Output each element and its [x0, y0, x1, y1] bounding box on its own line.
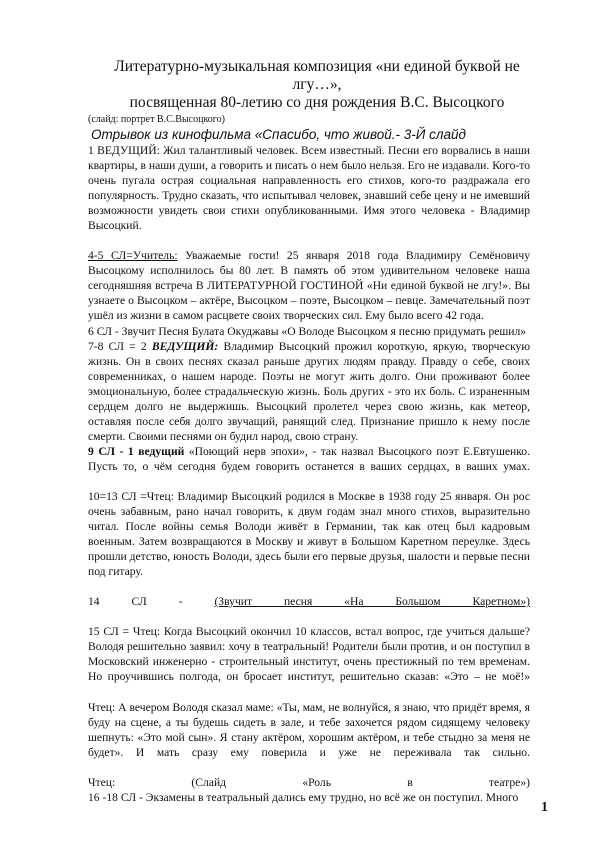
paragraph-6: 10=13 СЛ =Чтец: Владимир Высоцкий родилс…: [88, 489, 530, 579]
paragraph-5: 9 СЛ - 1 ведущий «Поющий нерв эпохи», - …: [88, 444, 530, 474]
paragraph-4: 7-8 СЛ = 2 ВЕДУЩИЙ: Владимир Высоцкий пр…: [88, 339, 530, 444]
song-note: (Звучит песня «На Большом Каретном»): [214, 595, 530, 608]
speaker-label: 4-5 СЛ=Учитель:: [88, 249, 178, 262]
document-title: Литературно-музыкальная композиция «ни е…: [104, 58, 530, 112]
title-line-2: посвященная 80-летию со дня рождения В.С…: [104, 94, 530, 112]
document-page: Литературно-музыкальная композиция «ни е…: [88, 58, 530, 805]
paragraph-8: 15 СЛ = Чтец: Когда Высоцкий окончил 10 …: [88, 624, 530, 684]
paragraph-3: 6 СЛ - Звучит Песня Булата Окуджавы «О В…: [88, 324, 530, 339]
speaker-label: ВЕДУЩИЙ:: [152, 340, 218, 353]
title-line-1: Литературно-музыкальная композиция «ни е…: [104, 58, 530, 94]
paragraph-7: 14 СЛ - (Звучит песня «На Большом Каретн…: [88, 594, 530, 609]
slide-note: (слайд: портрет В.С.Высоцкого): [88, 113, 530, 127]
paragraph-10: Чтец: (Слайд «Роль в театре»): [88, 775, 530, 790]
paragraph-9: Чтец: А вечером Володя сказал маме: «Ты,…: [88, 700, 530, 760]
speaker-label: 9 СЛ - 1 ведущий: [88, 445, 184, 458]
paragraph-1: 1 ВЕДУЩИЙ: Жил талантливый человек. Всем…: [88, 143, 530, 233]
paragraph-2: 4-5 СЛ=Учитель: Уважаемые гости! 25 янва…: [88, 248, 530, 323]
film-clip-note: Отрывок из кинофильма «Спасибо, что живо…: [91, 127, 530, 143]
paragraph-11: 16 -18 СЛ - Экзамены в театральный далис…: [88, 790, 530, 805]
page-number: 1: [541, 800, 548, 816]
